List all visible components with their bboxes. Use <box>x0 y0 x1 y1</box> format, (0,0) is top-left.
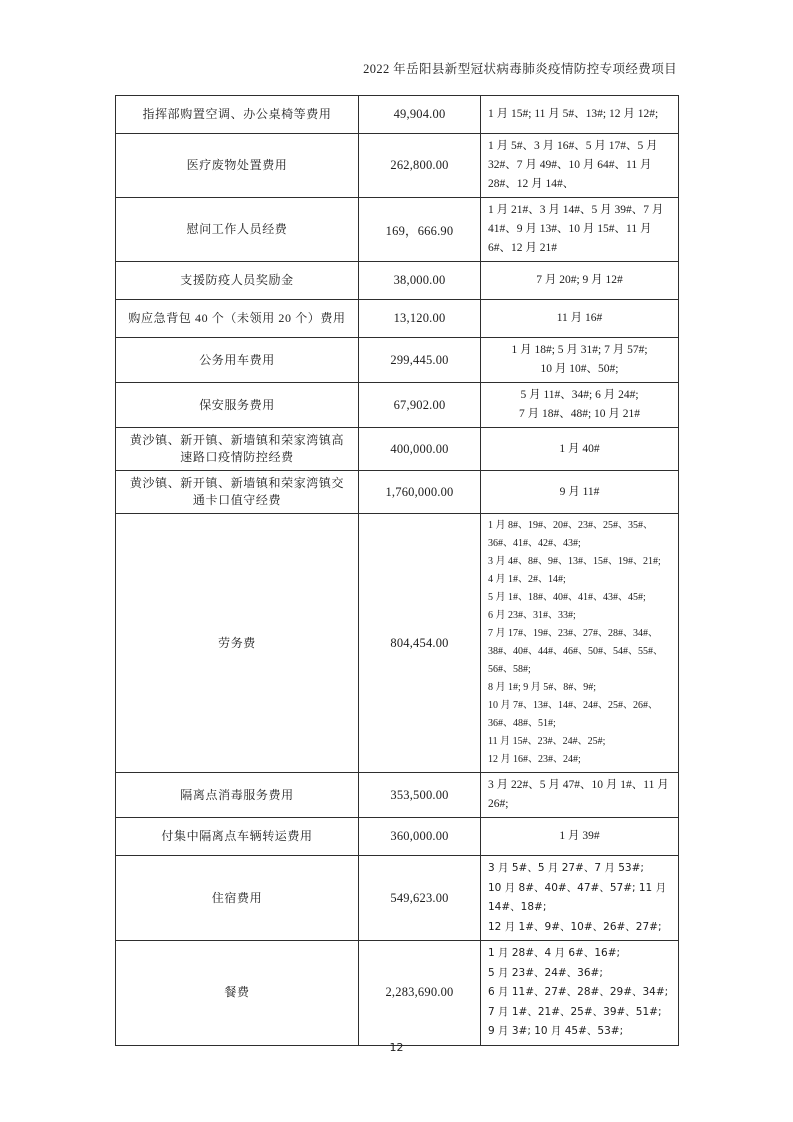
expense-name-cell: 住宿费用 <box>116 856 359 941</box>
voucher-dates-cell: 1 月 39# <box>481 818 679 856</box>
table-row: 指挥部购置空调、办公桌椅等费用49,904.001 月 15#; 11 月 5#… <box>116 96 679 134</box>
voucher-dates-line: 7 月 17#、19#、23#、27#、28#、34#、38#、40#、44#、… <box>488 625 671 679</box>
expense-amount-cell: 49,904.00 <box>359 96 481 134</box>
voucher-dates-cell: 1 月 5#、3 月 16#、5 月 17#、5 月 32#、7 月 49#、1… <box>481 134 679 198</box>
voucher-dates-line: 10 月 10#、50#; <box>488 360 671 379</box>
expense-name-cell: 慰问工作人员经费 <box>116 198 359 262</box>
voucher-dates-cell: 1 月 18#; 5 月 31#; 7 月 57#;10 月 10#、50#; <box>481 338 679 383</box>
voucher-dates-line: 4 月 1#、2#、14#; <box>488 571 671 589</box>
table-row: 购应急背包 40 个（未领用 20 个）费用13,120.0011 月 16# <box>116 300 679 338</box>
voucher-dates-cell: 3 月 5#、5 月 27#、7 月 53#;10 月 8#、40#、47#、5… <box>481 856 679 941</box>
table-row: 保安服务费用67,902.005 月 11#、34#; 6 月 24#;7 月 … <box>116 383 679 428</box>
voucher-dates-line: 12 月 16#、23#、24#; <box>488 751 671 769</box>
voucher-dates-line: 3 月 5#、5 月 27#、7 月 53#; <box>488 859 671 879</box>
expense-name-cell: 黄沙镇、新开镇、新墙镇和荣家湾镇交通卡口值守经费 <box>116 471 359 514</box>
expense-table: 指挥部购置空调、办公桌椅等费用49,904.001 月 15#; 11 月 5#… <box>115 95 679 1046</box>
voucher-dates-cell: 7 月 20#; 9 月 12# <box>481 262 679 300</box>
voucher-dates-line: 3 月 22#、5 月 47#、10 月 1#、11 月 26#; <box>488 776 671 814</box>
voucher-dates-line: 5 月 23#、24#、36#; <box>488 964 671 984</box>
expense-name-cell: 公务用车费用 <box>116 338 359 383</box>
voucher-dates-line: 1 月 8#、19#、20#、23#、25#、35#、36#、41#、42#、4… <box>488 517 671 553</box>
expense-amount-cell: 13,120.00 <box>359 300 481 338</box>
voucher-dates-cell: 1 月 8#、19#、20#、23#、25#、35#、36#、41#、42#、4… <box>481 514 679 773</box>
voucher-dates-line: 1 月 21#、3 月 14#、5 月 39#、7 月 41#、9 月 13#、… <box>488 201 671 258</box>
table-row: 黄沙镇、新开镇、新墙镇和荣家湾镇交通卡口值守经费1,760,000.009 月 … <box>116 471 679 514</box>
expense-name-cell: 劳务费 <box>116 514 359 773</box>
expense-amount-cell: 804,454.00 <box>359 514 481 773</box>
voucher-dates-line: 5 月 1#、18#、40#、41#、43#、45#; <box>488 589 671 607</box>
expense-table-body: 指挥部购置空调、办公桌椅等费用49,904.001 月 15#; 11 月 5#… <box>116 96 679 1046</box>
voucher-dates-cell: 3 月 22#、5 月 47#、10 月 1#、11 月 26#; <box>481 773 679 818</box>
table-row: 黄沙镇、新开镇、新墙镇和荣家湾镇高速路口疫情防控经费400,000.001 月 … <box>116 428 679 471</box>
expense-amount-cell: 2,283,690.00 <box>359 941 481 1046</box>
table-row: 慰问工作人员经费169，666.901 月 21#、3 月 14#、5 月 39… <box>116 198 679 262</box>
voucher-dates-line: 11 月 16# <box>488 309 671 328</box>
expense-name-cell: 保安服务费用 <box>116 383 359 428</box>
expense-amount-cell: 400,000.00 <box>359 428 481 471</box>
expense-amount-cell: 169，666.90 <box>359 198 481 262</box>
voucher-dates-line: 9 月 3#; 10 月 45#、53#; <box>488 1022 671 1042</box>
expense-amount-cell: 1,760,000.00 <box>359 471 481 514</box>
voucher-dates-cell: 9 月 11# <box>481 471 679 514</box>
voucher-dates-line: 3 月 4#、8#、9#、13#、15#、19#、21#; <box>488 553 671 571</box>
voucher-dates-line: 10 月 8#、40#、47#、57#; 11 月 14#、18#; <box>488 879 671 918</box>
table-row: 医疗废物处置费用262,800.001 月 5#、3 月 16#、5 月 17#… <box>116 134 679 198</box>
voucher-dates-line: 1 月 18#; 5 月 31#; 7 月 57#; <box>488 341 671 360</box>
voucher-dates-cell: 1 月 15#; 11 月 5#、13#; 12 月 12#; <box>481 96 679 134</box>
table-row: 住宿费用549,623.003 月 5#、5 月 27#、7 月 53#;10 … <box>116 856 679 941</box>
expense-name-cell: 支援防疫人员奖励金 <box>116 262 359 300</box>
voucher-dates-line: 8 月 1#; 9 月 5#、8#、9#; <box>488 679 671 697</box>
voucher-dates-line: 7 月 20#; 9 月 12# <box>488 271 671 290</box>
expense-amount-cell: 262,800.00 <box>359 134 481 198</box>
table-row: 公务用车费用299,445.001 月 18#; 5 月 31#; 7 月 57… <box>116 338 679 383</box>
expense-amount-cell: 353,500.00 <box>359 773 481 818</box>
table-row: 支援防疫人员奖励金38,000.007 月 20#; 9 月 12# <box>116 262 679 300</box>
expense-name-cell: 餐费 <box>116 941 359 1046</box>
expense-amount-cell: 549,623.00 <box>359 856 481 941</box>
table-row: 餐费2,283,690.001 月 28#、4 月 6#、16#;5 月 23#… <box>116 941 679 1046</box>
expense-amount-cell: 67,902.00 <box>359 383 481 428</box>
voucher-dates-line: 7 月 1#、21#、25#、39#、51#; <box>488 1003 671 1023</box>
voucher-dates-cell: 5 月 11#、34#; 6 月 24#;7 月 18#、48#; 10 月 2… <box>481 383 679 428</box>
voucher-dates-line: 1 月 39# <box>488 827 671 846</box>
voucher-dates-line: 1 月 28#、4 月 6#、16#; <box>488 944 671 964</box>
expense-name-cell: 指挥部购置空调、办公桌椅等费用 <box>116 96 359 134</box>
page-number: 12 <box>0 1041 793 1054</box>
voucher-dates-cell: 1 月 40# <box>481 428 679 471</box>
voucher-dates-cell: 1 月 28#、4 月 6#、16#;5 月 23#、24#、36#;6 月 1… <box>481 941 679 1046</box>
voucher-dates-line: 1 月 15#; 11 月 5#、13#; 12 月 12#; <box>488 105 671 124</box>
voucher-dates-line: 6 月 11#、27#、28#、29#、34#; <box>488 983 671 1003</box>
voucher-dates-line: 10 月 7#、13#、14#、24#、25#、26#、36#、48#、51#; <box>488 697 671 733</box>
expense-name-cell: 医疗废物处置费用 <box>116 134 359 198</box>
voucher-dates-cell: 11 月 16# <box>481 300 679 338</box>
voucher-dates-line: 9 月 11# <box>488 483 671 502</box>
page-header-title: 2022 年岳阳县新型冠状病毒肺炎疫情防控专项经费项目 <box>363 59 677 77</box>
expense-name-cell: 付集中隔离点车辆转运费用 <box>116 818 359 856</box>
voucher-dates-line: 12 月 1#、9#、10#、26#、27#; <box>488 918 671 938</box>
table-row: 付集中隔离点车辆转运费用360,000.001 月 39# <box>116 818 679 856</box>
expense-name-cell: 购应急背包 40 个（未领用 20 个）费用 <box>116 300 359 338</box>
voucher-dates-line: 6 月 23#、31#、33#; <box>488 607 671 625</box>
document-page: 2022 年岳阳县新型冠状病毒肺炎疫情防控专项经费项目 指挥部购置空调、办公桌椅… <box>0 0 793 1122</box>
expense-name-cell: 黄沙镇、新开镇、新墙镇和荣家湾镇高速路口疫情防控经费 <box>116 428 359 471</box>
voucher-dates-line: 5 月 11#、34#; 6 月 24#; <box>488 386 671 405</box>
expense-name-cell: 隔离点消毒服务费用 <box>116 773 359 818</box>
expense-amount-cell: 299,445.00 <box>359 338 481 383</box>
voucher-dates-line: 1 月 40# <box>488 440 671 459</box>
table-row: 劳务费804,454.001 月 8#、19#、20#、23#、25#、35#、… <box>116 514 679 773</box>
voucher-dates-cell: 1 月 21#、3 月 14#、5 月 39#、7 月 41#、9 月 13#、… <box>481 198 679 262</box>
table-row: 隔离点消毒服务费用353,500.003 月 22#、5 月 47#、10 月 … <box>116 773 679 818</box>
expense-amount-cell: 360,000.00 <box>359 818 481 856</box>
expense-amount-cell: 38,000.00 <box>359 262 481 300</box>
voucher-dates-line: 1 月 5#、3 月 16#、5 月 17#、5 月 32#、7 月 49#、1… <box>488 137 671 194</box>
voucher-dates-line: 11 月 15#、23#、24#、25#; <box>488 733 671 751</box>
voucher-dates-line: 7 月 18#、48#; 10 月 21# <box>488 405 671 424</box>
